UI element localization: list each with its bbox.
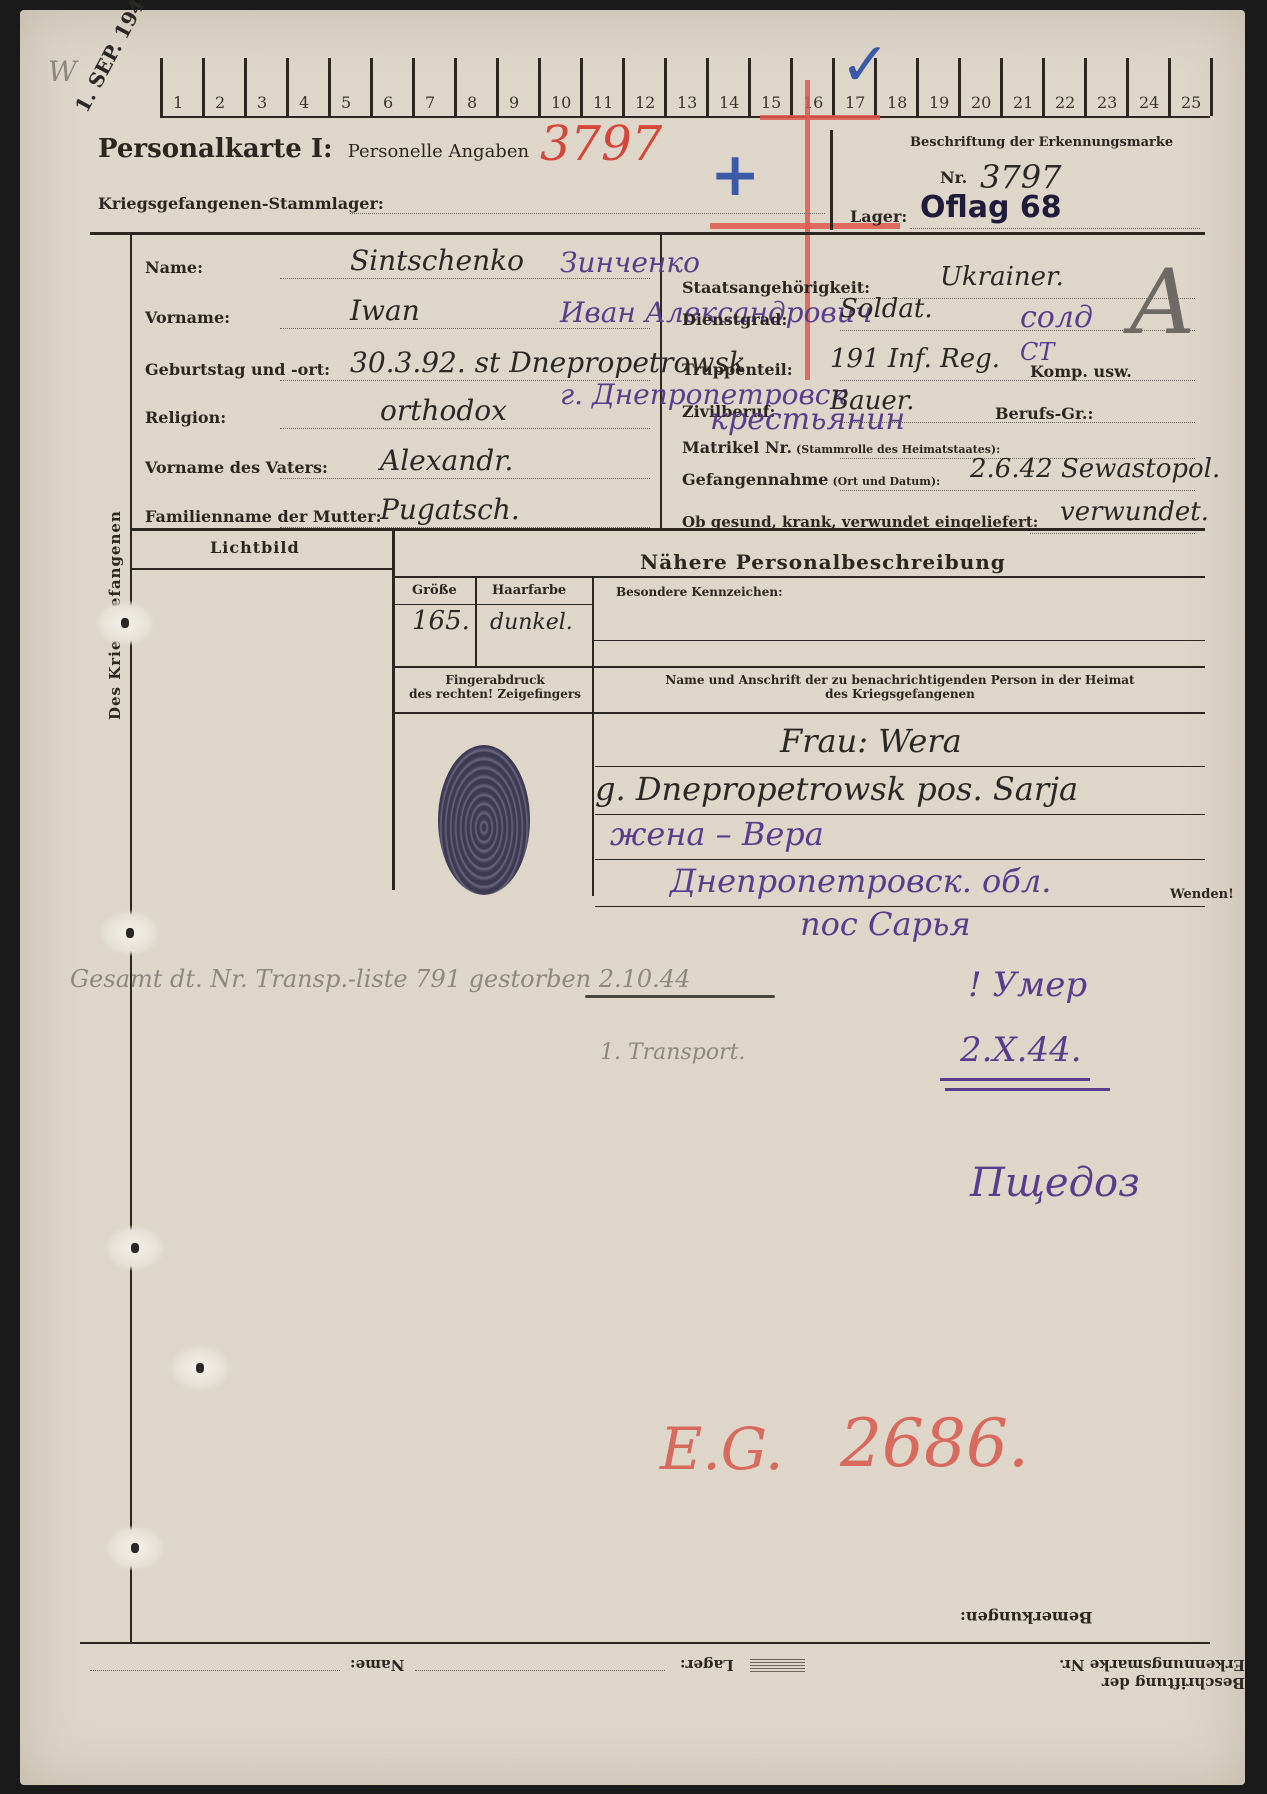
form-title: Personalkarte I: Personelle Angaben [98, 134, 529, 164]
field-label: Religion: [145, 408, 226, 427]
ruler-cell: 10 [538, 58, 583, 116]
date-underline-2 [945, 1088, 1110, 1091]
fingerprint-label-1: Fingerabdruck [400, 673, 590, 687]
ruler-number: 13 [677, 93, 697, 112]
ruler-cell: 15 [748, 58, 793, 116]
photo-rule [130, 568, 395, 570]
ruler-cell: 22 [1042, 58, 1087, 116]
ruler-number: 5 [341, 93, 351, 112]
ruler-number: 22 [1055, 93, 1075, 112]
footer-lager-label: Lager: [680, 1656, 734, 1674]
field-value: Iwan [350, 294, 420, 327]
ruler-number: 8 [467, 93, 477, 112]
field-value: Alexandr. [380, 444, 513, 477]
punch-hole [95, 600, 155, 646]
ruler-number: 1 [173, 93, 183, 112]
footer-lager-field [415, 1670, 665, 1671]
ruler-cell: 13 [664, 58, 709, 116]
ruler-number: 21 [1013, 93, 1033, 112]
field-label: Gefangennahme(Ort und Datum): [682, 470, 940, 489]
ruler-cell: 20 [958, 58, 1003, 116]
photo-divider [392, 530, 395, 890]
purple-death-note: ! Умер [968, 965, 1087, 1005]
field-label: Truppenteil: [682, 360, 793, 379]
ruler-number: 6 [383, 93, 393, 112]
footer-name-label: Name: [350, 1656, 404, 1674]
ruler-number: 24 [1139, 93, 1159, 112]
fingerprint-label-2: des rechten! Zeigefingers [400, 687, 590, 701]
field-label-text: Gefangennahme [682, 470, 828, 489]
purple-death-date: 2.X.44. [960, 1030, 1082, 1070]
field-suffix-label: Berufs-Gr.: [995, 404, 1093, 423]
field-value: 191 Inf. Reg. [830, 344, 1000, 374]
field-value: 2.6.42 Sewastopol. [970, 454, 1220, 484]
field-label: Familienname der Mutter: [145, 507, 382, 526]
field-value: Sintschenko [350, 244, 524, 277]
fingerprint-rule [395, 666, 1205, 668]
contact-line: жена – Вера [610, 815, 824, 853]
field-line [1030, 533, 1195, 534]
ruler-cell: 7 [412, 58, 457, 116]
ruler-number: 20 [971, 93, 991, 112]
form-title-suffix: Personelle Angaben [348, 141, 529, 162]
field-label: Matrikel Nr.(Stammrolle des Heimatstaate… [682, 438, 1000, 457]
ruler-number: 10 [551, 93, 571, 112]
ruler-cell: 16 [790, 58, 835, 116]
contact-rule-line [595, 859, 1205, 860]
photo-label: Lichtbild [210, 538, 300, 557]
tag-box-divider [830, 130, 833, 230]
height-hair-divider [475, 576, 477, 666]
ruler-cell: 11 [580, 58, 625, 116]
contact-line: Frau: Wera [780, 722, 962, 760]
tag-heading: Beschriftung der Erkennungsmarke [910, 135, 1173, 150]
punch-hole [105, 1225, 165, 1271]
form-title-prefix: Personalkarte I: [98, 134, 333, 164]
field-value-cyrillic: Зинченко [560, 246, 700, 279]
field-label-text: Ob gesund, krank, verwundet eingeliefert… [682, 513, 1038, 531]
hair-value: dunkel. [490, 610, 573, 635]
ruler-number: 7 [425, 93, 435, 112]
ruler-cell: 21 [1000, 58, 1045, 116]
contact-rule [395, 712, 1205, 714]
section-rule [130, 528, 1205, 531]
date-stamp: 1. SEP. 1944 [70, 0, 156, 116]
pencil-mark-a: A [1130, 250, 1195, 355]
marks-label: Besondere Kennzeichen: [616, 585, 783, 599]
red-cross-top-bar [760, 115, 880, 120]
footer-rule [80, 1642, 1210, 1644]
marks-rule [592, 640, 1205, 641]
stammlager-field [350, 213, 825, 214]
gestorben-underline [585, 995, 775, 998]
pencil-death-note: Gesamt dt. Nr. Transp.-liste 791 gestorb… [70, 965, 690, 993]
lager-field [910, 228, 1200, 229]
punch-hole [100, 910, 160, 956]
red-cross-vertical [805, 80, 810, 380]
turn-label: Wenden! [1170, 887, 1234, 902]
contact-line: Днепропетровск. обл. [670, 862, 1051, 900]
ruler-number: 11 [593, 93, 613, 112]
stammlager-label: Kriegsgefangenen-Stammlager: [98, 194, 384, 213]
date-underline-1 [940, 1078, 1090, 1081]
tag-lager-label: Lager: [850, 207, 907, 226]
field-value: verwundet. [1060, 497, 1209, 527]
blue-check-mark: ✓ [840, 30, 890, 100]
ruler-number: 19 [929, 93, 949, 112]
field-value: Soldat. [840, 294, 933, 324]
field-label-text: Dienstgrad: [682, 310, 787, 329]
ruler-cell: 4 [286, 58, 331, 116]
card-number-red: 3797 [540, 116, 662, 172]
contact-label: Name und Anschrift der zu benachrichtige… [600, 673, 1200, 701]
ruler-cell: 1 [160, 58, 205, 116]
ruler-number: 15 [761, 93, 781, 112]
field-label: Geburtstag und -ort: [145, 360, 330, 379]
field-label: Ob gesund, krank, verwundet eingeliefert… [682, 513, 1038, 531]
ruler-number: 23 [1097, 93, 1117, 112]
ruler-number: 4 [299, 93, 309, 112]
field-value: Ukrainer. [940, 262, 1064, 292]
tag-lager-value: Oflag 68 [920, 190, 1062, 225]
height-label: Größe [412, 583, 457, 598]
height-hair-rule [395, 604, 592, 605]
ruler-cell: 25 [1168, 58, 1213, 116]
ruler-cell: 14 [706, 58, 751, 116]
remarks-label: Bemerkungen: [960, 1608, 1093, 1627]
contact-line: пос Сарья [800, 905, 971, 943]
field-line [280, 527, 650, 528]
ruler-number: 12 [635, 93, 655, 112]
field-value: Pugatsch. [380, 493, 520, 526]
field-label-text: Truppenteil: [682, 360, 793, 379]
pencil-mark-w: W [48, 55, 77, 88]
field-label: Vorname: [145, 308, 230, 327]
ruler-cell: 19 [916, 58, 961, 116]
footer-tag-label: Beschriftung der Erkennungsmarke Nr. [990, 1656, 1245, 1692]
ruler-cell: 24 [1126, 58, 1171, 116]
field-suffix-label: Komp. usw. [1030, 362, 1132, 381]
field-value-cyrillic: крестьянин [710, 402, 905, 437]
contact-line: g. Dnepropetrowsk pos. Sarja [595, 770, 1078, 808]
section-title: Nähere Personalbeschreibung [640, 550, 1006, 574]
ruler-cell: 12 [622, 58, 667, 116]
red-stamp-prefix: E.G. [660, 1415, 783, 1483]
field-value: orthodox [380, 394, 507, 427]
field-line [280, 428, 650, 429]
signature: Пщедоз [970, 1160, 1140, 1206]
field-label: Name: [145, 258, 203, 277]
field-value-cyrillic: солд [1020, 300, 1093, 335]
hair-label: Haarfarbe [492, 583, 566, 598]
punch-hole [170, 1345, 230, 1391]
field-line [280, 478, 650, 479]
ruler-cell: 8 [454, 58, 499, 116]
ruler-cell: 3 [244, 58, 289, 116]
ruler-cell: 2 [202, 58, 247, 116]
ruler-number: 3 [257, 93, 267, 112]
ruler-number: 14 [719, 93, 739, 112]
ruler-cell: 6 [370, 58, 415, 116]
contact-rule-line [595, 766, 1205, 767]
index-ruler: 1234567891011121314151617181920212223242… [160, 58, 1210, 120]
ruler-baseline [160, 116, 1210, 118]
marks-divider [592, 576, 594, 896]
footer-name-field [90, 1670, 340, 1671]
blue-cross-mark: + [710, 140, 760, 210]
ruler-cell: 5 [328, 58, 373, 116]
field-label: Vorname des Vaters: [145, 458, 328, 477]
ruler-number: 2 [215, 93, 225, 112]
punch-hole [105, 1525, 165, 1571]
pencil-transport-note: 1. Transport. [600, 1040, 745, 1065]
field-label-text: Matrikel Nr. [682, 438, 792, 457]
field-sublabel: (Ort und Datum): [832, 475, 940, 488]
field-line [840, 380, 1195, 381]
contact-label-2: des Kriegsgefangenen [600, 687, 1200, 701]
field-line [840, 490, 1195, 491]
ruler-number: 25 [1181, 93, 1201, 112]
ruler-number: 9 [509, 93, 519, 112]
ruler-end [1210, 58, 1213, 116]
personnel-card: 1234567891011121314151617181920212223242… [20, 10, 1245, 1785]
red-stamp-number: 2686. [840, 1405, 1029, 1482]
fingerprint-label: Fingerabdruck des rechten! Zeigefingers [400, 673, 590, 701]
top-rule [90, 232, 1205, 235]
field-label: Dienstgrad: [682, 310, 787, 329]
tag-nr-label: Nr. [940, 168, 967, 187]
description-rule [395, 576, 1205, 578]
fingerprint-image [438, 745, 530, 895]
contact-label-1: Name und Anschrift der zu benachrichtige… [600, 673, 1200, 687]
ruler-cell: 23 [1084, 58, 1129, 116]
height-value: 165. [412, 606, 470, 636]
ruler-cell: 9 [496, 58, 541, 116]
footer-tag-lines [750, 1658, 805, 1672]
